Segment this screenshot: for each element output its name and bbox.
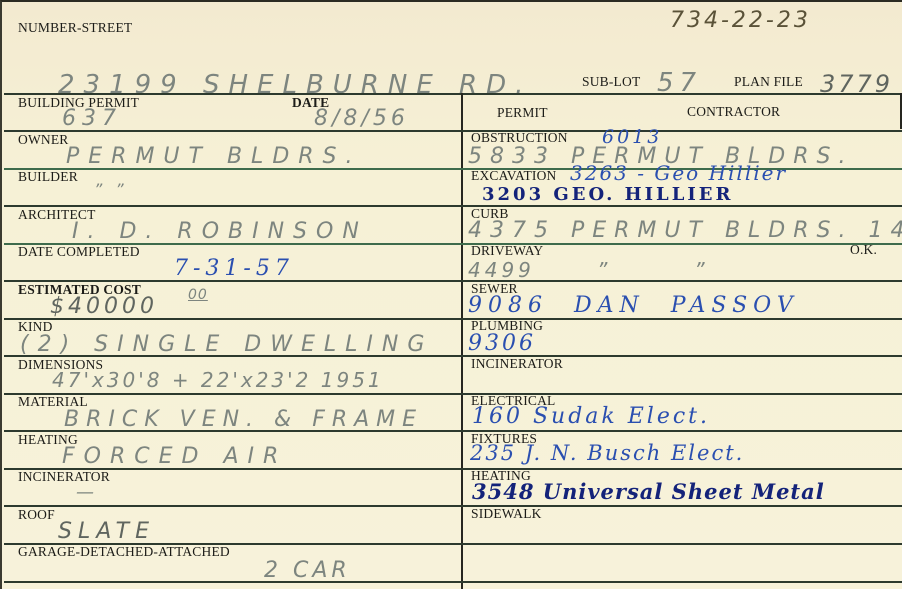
owner-value: PERMUT BLDRS. [66, 146, 362, 168]
sub-lot-label: SUB-LOT [582, 75, 640, 89]
incinerator-label: INCINERATOR [18, 470, 110, 484]
curb-value: 4375 PERMUT BLDRS. 14 [468, 220, 902, 242]
obstruction-label: OBSTRUCTION [471, 131, 568, 145]
owner-label: OWNER [18, 133, 69, 147]
plan-file-label: PLAN FILE [734, 75, 803, 89]
plumbing-value: 9306 [468, 333, 536, 355]
driveway-value: 4499 ” ” [468, 260, 709, 280]
builder-label: BUILDER [18, 170, 78, 184]
card-number: 734-22-23 [670, 10, 811, 32]
date-completed-label: DATE COMPLETED [18, 245, 140, 259]
fixtures-value: 235 J. N. Busch Elect. [470, 443, 744, 464]
roof-label: ROOF [18, 508, 55, 522]
date-completed-value: 7-31-57 [174, 258, 294, 280]
electrical-value: 160 Sudak Elect. [472, 406, 710, 428]
dimensions-value: 47'x30'8 + 22'x23'2 1951 [52, 370, 384, 390]
estimated-cost-value: $40000 [50, 296, 158, 318]
incinerator-permit-label: INCINERATOR [471, 357, 563, 371]
date-value: 8/8/56 [314, 108, 409, 130]
excavation-value: 3203 GEO. HILLIER [482, 186, 733, 204]
builder-value: ” ” [94, 182, 128, 198]
heating-value: FORCED AIR [62, 446, 287, 468]
roof-value: SLATE [58, 521, 155, 543]
garage-value: 2 CAR [264, 560, 351, 582]
sewer-value: 9086 DAN PASSOV [468, 295, 799, 317]
kind-value: (2) SINGLE DWELLING [20, 334, 433, 356]
permit-column-header: PERMIT [497, 106, 548, 120]
driveway-label: DRIVEWAY [471, 244, 543, 258]
permit-record-card: NUMBER-STREET 734-22-23 23199 SHELBURNE … [0, 0, 902, 589]
driveway-ok-note: O.K. [850, 243, 877, 257]
sidewalk-label: SIDEWALK [471, 507, 542, 521]
excavation-label: EXCAVATION [471, 169, 557, 183]
divider [4, 581, 902, 583]
divider [4, 393, 902, 395]
building-permit-value: 637 [62, 108, 122, 130]
divider [4, 505, 902, 507]
heating-permit-value: 3548 Universal Sheet Metal [472, 481, 825, 502]
incinerator-value: — [76, 484, 94, 502]
architect-value: I. D. ROBINSON [72, 221, 368, 243]
excavation-note: 3263 - Geo Hillier [570, 163, 787, 183]
material-value: BRICK VEN. & FRAME [64, 409, 423, 431]
divider [4, 205, 902, 207]
divider [4, 130, 902, 132]
contractor-column-header: CONTRACTOR [687, 105, 780, 119]
garage-label: GARAGE-DETACHED-ATTACHED [18, 545, 230, 559]
estimated-cost-cents: 00 [188, 288, 208, 302]
number-street-label: NUMBER-STREET [18, 21, 132, 35]
